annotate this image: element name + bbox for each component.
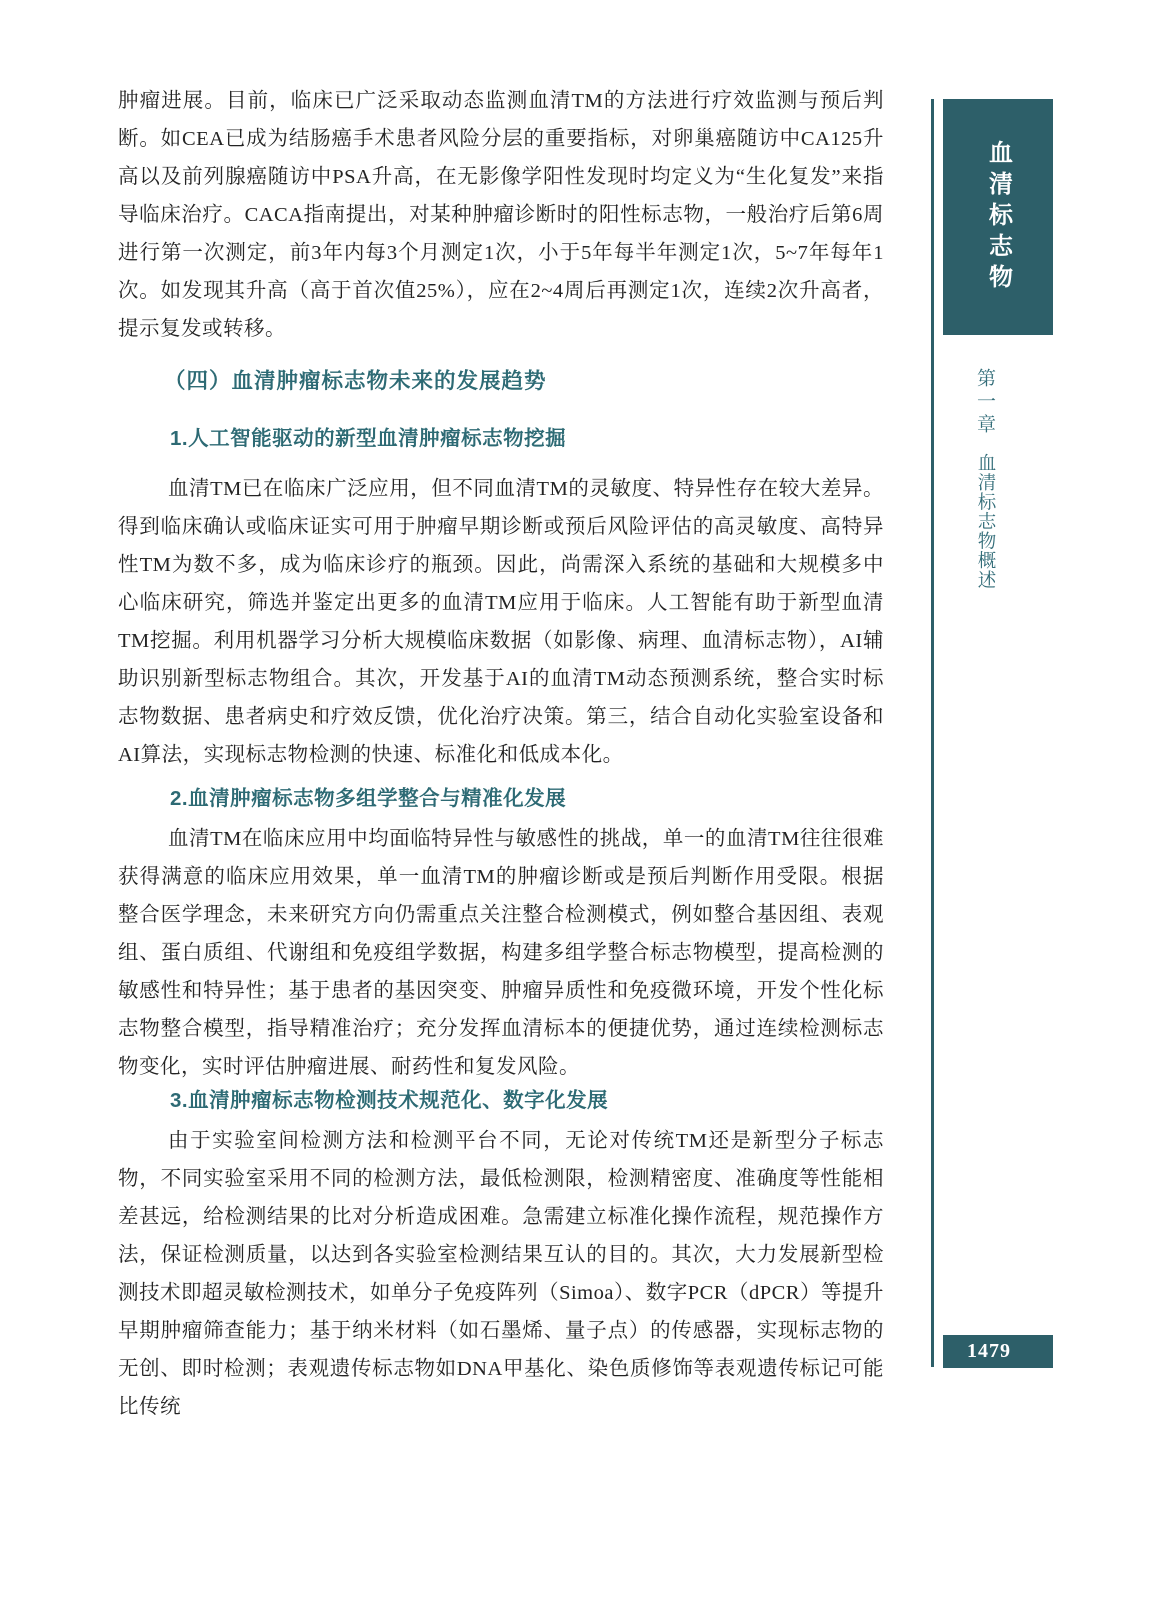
section-heading-4: （四）血清肿瘤标志物未来的发展趋势 [118, 366, 884, 396]
sidebar-rule [931, 99, 934, 1367]
paragraph-continued-from-previous-page: 肿瘤进展。目前，临床已广泛采取动态监测血清TM的方法进行疗效监测与预后判断。如C… [118, 82, 884, 348]
chapter-number-vertical-label: 第一章 [976, 368, 998, 437]
main-text-column: 肿瘤进展。目前，临床已广泛采取动态监测血清TM的方法进行疗效监测与预后判断。如C… [118, 82, 884, 1426]
subsection-1-paragraph: 血清TM已在临床广泛应用，但不同血清TM的灵敏度、特异性存在较大差异。得到临床确… [118, 470, 884, 774]
chapter-tab-label: 血清标志物 [981, 140, 1016, 295]
subsection-heading-2: 2.血清肿瘤标志物多组学整合与精准化发展 [118, 784, 884, 814]
subsection-heading-3: 3.血清肿瘤标志物检测技术规范化、数字化发展 [118, 1086, 884, 1116]
book-page: 肿瘤进展。目前，临床已广泛采取动态监测血清TM的方法进行疗效监测与预后判断。如C… [0, 0, 1154, 1607]
subsection-2-paragraph: 血清TM在临床应用中均面临特异性与敏感性的挑战，单一的血清TM往往很难获得满意的… [118, 820, 884, 1086]
chapter-title-vertical-label: 血清标志物概述 [976, 453, 998, 590]
subsection-3-paragraph: 由于实验室间检测方法和检测平台不同，无论对传统TM还是新型分子标志物，不同实验室… [118, 1122, 884, 1426]
chapter-tab: 血清标志物 [943, 99, 1053, 335]
page-number-badge: 1479 [943, 1335, 1053, 1368]
subsection-heading-1: 1.人工智能驱动的新型血清肿瘤标志物挖掘 [118, 424, 884, 454]
page-number: 1479 [967, 1340, 1011, 1363]
